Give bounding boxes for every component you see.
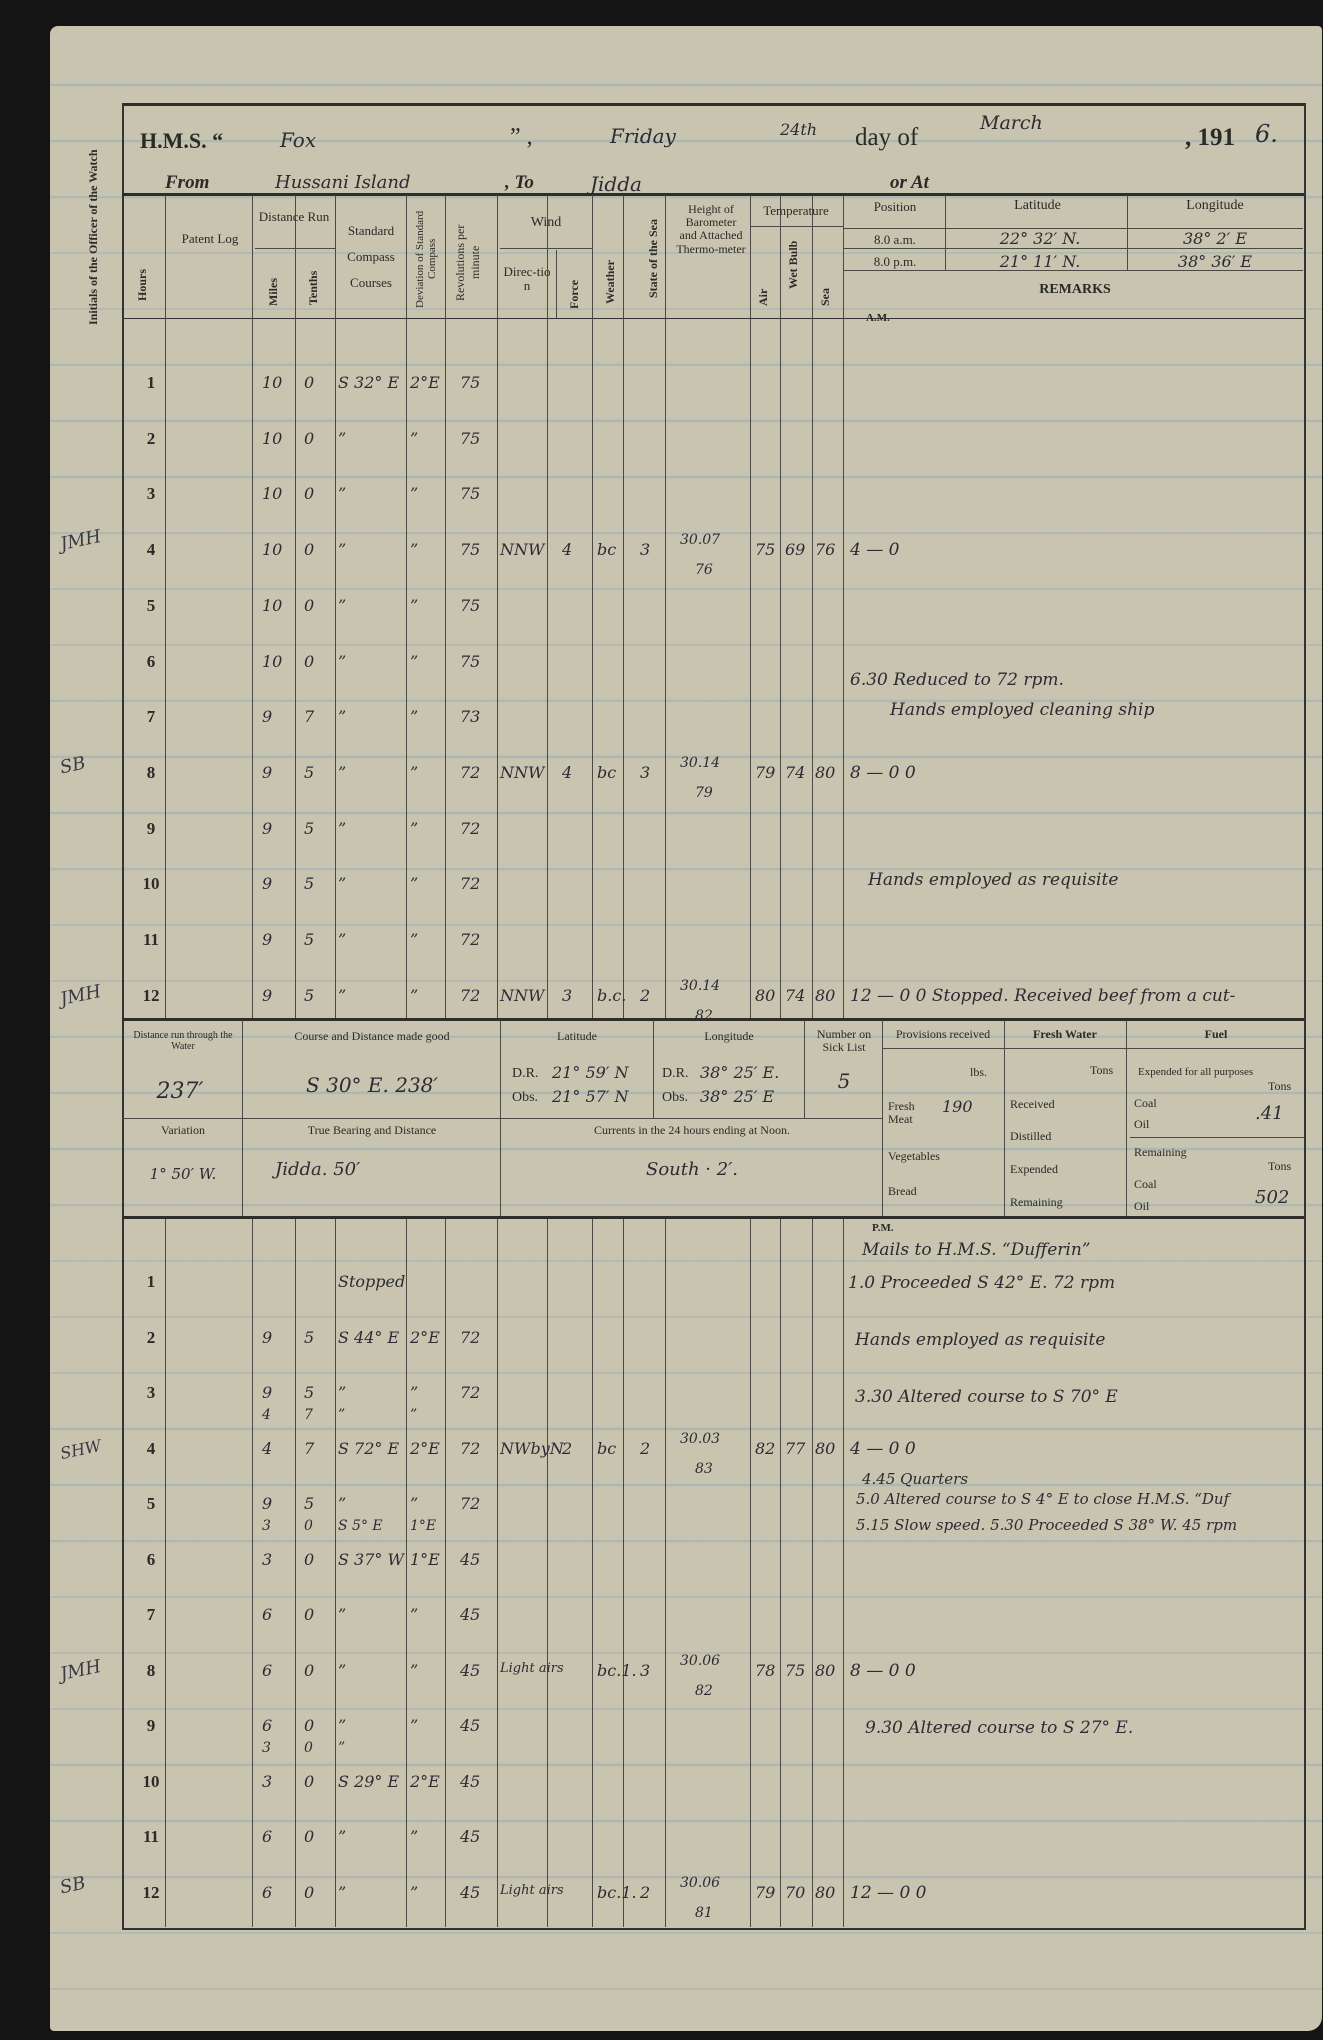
- col-force: Force: [567, 275, 582, 313]
- oil-remaining-label: Oil: [1134, 1200, 1149, 1213]
- am-row-sea-state: 2: [640, 986, 650, 1005]
- am-row-sea: 80: [815, 763, 835, 782]
- am-row-baro: 30.14: [680, 755, 720, 771]
- pm-row-wet: 70: [785, 1883, 805, 1902]
- am-row-dev: ”: [410, 596, 418, 615]
- pm-row-air: 79: [755, 1883, 775, 1902]
- pm-row-sub-dev: ”: [410, 1407, 417, 1423]
- col-hours: Hours: [135, 260, 150, 310]
- pm-row-dev: ”: [410, 1494, 418, 1513]
- pm-row-dev: ”: [410, 1716, 418, 1735]
- am-row-rev: 72: [460, 874, 480, 893]
- pm-row-rev: 72: [460, 1439, 480, 1458]
- pm-row-force: 2: [562, 1439, 572, 1458]
- am-row-rev: 75: [460, 652, 480, 671]
- fuel-remaining-tons-label: Tons: [1268, 1160, 1291, 1173]
- column-rule: [445, 1219, 446, 1927]
- column-rule: [843, 195, 844, 1018]
- header-bottom-rule: [122, 318, 1304, 319]
- pm-row-hour: 7: [136, 1605, 166, 1625]
- column-rule: [592, 195, 593, 1018]
- pm-row-miles: 6: [262, 1661, 272, 1680]
- am-row-dev: ”: [410, 763, 418, 782]
- pm-note: Mails to H.M.S. “Dufferin”: [862, 1240, 1090, 1260]
- pm-row-miles: 6: [262, 1827, 272, 1846]
- col-compass-courses: Standard Compass Courses: [338, 218, 404, 296]
- pm-row-dev: ”: [410, 1661, 418, 1680]
- column-rule: [335, 1219, 336, 1927]
- am-row-hour: 5: [136, 596, 166, 616]
- pm-row-wet: 77: [785, 1439, 805, 1458]
- water-remaining-label: Remaining: [1010, 1196, 1063, 1209]
- pm-row-sub-tenths: 0: [304, 1740, 313, 1756]
- am-row-air: 75: [755, 540, 775, 559]
- am-row-sea: 76: [815, 540, 835, 559]
- pm-row-dev: 2°E: [410, 1772, 440, 1791]
- col-weather: Weather: [603, 255, 618, 310]
- am-row-rev: 72: [460, 986, 480, 1005]
- pm-row-sea-state: 3: [640, 1661, 650, 1680]
- am-row-dev: 2°E: [410, 373, 440, 392]
- pm-row-rev: 45: [460, 1772, 480, 1791]
- pm-row-tenths: 0: [304, 1550, 314, 1569]
- column-rule: [665, 1219, 666, 1927]
- am-row-rev: 73: [460, 707, 480, 726]
- column-rule: [843, 1219, 844, 1927]
- pm-row-rev: 45: [460, 1550, 480, 1569]
- am-row-wet: 69: [785, 540, 805, 559]
- am-row-miles: 9: [262, 707, 272, 726]
- water-tons-label: Tons: [1090, 1064, 1113, 1077]
- pm-row-tenths: 7: [304, 1439, 314, 1458]
- column-rule: [547, 1219, 548, 1927]
- col-distance-run: Distance Run: [258, 210, 330, 224]
- am-row-rev: 75: [460, 484, 480, 503]
- longitude-label: Longitude: [1130, 198, 1300, 213]
- pm-row-tenths: 0: [304, 1772, 314, 1791]
- currents-value: South · 2′.: [503, 1160, 881, 1180]
- pm-row-tenths: 0: [304, 1883, 314, 1902]
- col-wind: Wind: [500, 215, 592, 230]
- pm-note: 5.15 Slow speed. 5.30 Proceeded S 38° W.…: [856, 1516, 1237, 1534]
- pm-row-sea: 80: [815, 1439, 835, 1458]
- pm-row-hour: 11: [136, 1827, 166, 1847]
- column-rule: [445, 195, 446, 1018]
- am-row-course: ”: [338, 540, 346, 559]
- am-row-thermo: 79: [695, 785, 713, 801]
- pm-row-remark: 8 — 0 0: [850, 1661, 916, 1681]
- pm-row-thermo: 82: [695, 1683, 713, 1699]
- pm-row-sub-miles: 3: [262, 1740, 271, 1756]
- am-row-dev: ”: [410, 986, 418, 1005]
- col-temperature: Temperature: [750, 204, 842, 218]
- position-row-rule: [843, 248, 1303, 249]
- noon-latitude-label: Latitude: [503, 1030, 651, 1043]
- am-row-dev: ”: [410, 429, 418, 448]
- pm-row-rev: 45: [460, 1716, 480, 1735]
- am-row-weather: bc: [597, 540, 616, 559]
- sick-list-value: 5: [806, 1070, 882, 1092]
- am-row-course: ”: [338, 763, 346, 782]
- pm-row-course: ”: [338, 1605, 346, 1624]
- am-row-hour: 7: [136, 707, 166, 727]
- pm-row-remark: 12 — 0 0: [850, 1883, 926, 1903]
- lon-obs-value: 38° 25′ E: [700, 1088, 774, 1106]
- col-air: Air: [756, 285, 771, 310]
- am-row-wind-dir: NNW: [500, 986, 544, 1005]
- pm-row-tenths: 5: [304, 1494, 314, 1513]
- am-row-sea-state: 3: [640, 763, 650, 782]
- am-row-miles: 10: [262, 484, 282, 503]
- am-row-hour: 6: [136, 652, 166, 672]
- pm-row-miles: 3: [262, 1550, 272, 1569]
- col-direction: Direc-tion: [503, 265, 551, 294]
- col-state-sea: State of the Sea: [646, 205, 661, 313]
- am-row-miles: 10: [262, 540, 282, 559]
- am-row-course: ”: [338, 930, 346, 949]
- am-row-course: ”: [338, 707, 346, 726]
- pm-row-course: ”: [338, 1661, 346, 1680]
- col-barometer: Height of Barometer and Attached Thermo-…: [676, 203, 746, 256]
- am-row-dev: ”: [410, 540, 418, 559]
- noon-col-rule: [882, 1020, 883, 1216]
- pm-row-course: S 29° E: [338, 1772, 399, 1791]
- pm-row-miles: 9: [262, 1328, 272, 1347]
- column-rule: [295, 195, 296, 1018]
- pm-row-miles: 6: [262, 1883, 272, 1902]
- fuel-tons-label: Tons: [1268, 1080, 1291, 1093]
- am-row-tenths: 5: [304, 986, 314, 1005]
- pm-row-hour: 4: [136, 1439, 166, 1459]
- pm-row-rev: 72: [460, 1383, 480, 1402]
- coal-remaining-label: Coal: [1134, 1178, 1157, 1191]
- am-row-force: 3: [562, 986, 572, 1005]
- initials-header: Initials of the Officer of the Watch: [86, 205, 101, 325]
- column-rule: [497, 1219, 498, 1927]
- pm-row-thermo: 83: [695, 1461, 713, 1477]
- pm-row-course: ”: [338, 1883, 346, 1902]
- column-rule: [750, 1219, 751, 1927]
- column-rule: [592, 1219, 593, 1927]
- pm-row-sub-tenths: 0: [304, 1518, 313, 1534]
- position-lon-pm: 38° 36′ E: [1135, 253, 1295, 271]
- pm-label: P.M.: [872, 1222, 894, 1234]
- course-made-good-value: S 30° E. 238′: [245, 1074, 499, 1096]
- noon-mid-rule: [122, 1118, 882, 1119]
- noon-sub-rule: [1130, 1137, 1304, 1138]
- pm-row-course: Stopped: [338, 1272, 405, 1291]
- position-time-pm: 8.0 p.m.: [850, 255, 940, 269]
- pm-row-tenths: 0: [304, 1605, 314, 1624]
- am-row-wind-dir: NNW: [500, 763, 544, 782]
- noon-col-rule: [500, 1020, 501, 1216]
- am-row-dev: ”: [410, 484, 418, 503]
- distance-run-label: Distance run through the Water: [126, 1030, 240, 1052]
- pm-row-thermo: 81: [695, 1905, 713, 1921]
- pm-row-wind-dir: NWbyN: [500, 1439, 564, 1458]
- am-row-course: ”: [338, 596, 346, 615]
- column-rule: [335, 195, 336, 1018]
- pm-row-hour: 1: [136, 1272, 166, 1292]
- pm-row-rev: 45: [460, 1827, 480, 1846]
- am-row-course: ”: [338, 874, 346, 893]
- am-row-miles: 9: [262, 986, 272, 1005]
- am-row-tenths: 0: [304, 540, 314, 559]
- noon-sub-rule: [882, 1048, 1304, 1049]
- pm-row-baro: 30.03: [680, 1431, 720, 1447]
- pm-row-hour: 6: [136, 1550, 166, 1570]
- column-rule: [547, 195, 548, 1018]
- am-row-tenths: 0: [304, 373, 314, 392]
- column-rule: [252, 1219, 253, 1927]
- pm-row-sub-course: ”: [338, 1740, 345, 1756]
- pm-row-sub-tenths: 7: [304, 1407, 313, 1423]
- noon-col-rule: [804, 1020, 805, 1118]
- pm-note: Hands employed as requisite: [855, 1330, 1105, 1350]
- am-row-rev: 75: [460, 540, 480, 559]
- variation-label: Variation: [126, 1124, 240, 1137]
- pm-row-rev: 72: [460, 1328, 480, 1347]
- water-distilled-label: Distilled: [1010, 1130, 1051, 1143]
- currents-label: Currents in the 24 hours ending at Noon.: [503, 1124, 881, 1137]
- column-rule: [406, 195, 407, 1018]
- am-row-air: 79: [755, 763, 775, 782]
- am-row-thermo: 76: [695, 562, 713, 578]
- col-revolutions: Revolutions per minute: [453, 215, 487, 310]
- column-rule: [252, 195, 253, 1018]
- bread-label: Bread: [888, 1185, 917, 1198]
- pm-row-dev: 2°E: [410, 1328, 440, 1347]
- am-row-miles: 10: [262, 652, 282, 671]
- col-deviation: Deviation of Standard Compass: [414, 205, 440, 313]
- course-made-good-label: Course and Distance made good: [245, 1030, 499, 1043]
- pm-row-miles: 4: [262, 1439, 272, 1458]
- coal-expended-value: .41: [1255, 1104, 1284, 1124]
- pm-row-miles: 9: [262, 1383, 272, 1402]
- sick-list-label: Number on Sick List: [806, 1028, 882, 1054]
- pm-row-course: ”: [338, 1383, 346, 1402]
- col-tenths: Tenths: [306, 265, 321, 310]
- pm-row-sea: 80: [815, 1661, 835, 1680]
- position-lon-am: 38° 2′ E: [1135, 230, 1295, 248]
- am-row-course: S 32° E: [338, 373, 399, 392]
- am-row-tenths: 0: [304, 652, 314, 671]
- variation-value: 1° 50′ W.: [126, 1166, 240, 1183]
- pm-row-sub-course: S 5° E: [338, 1518, 383, 1534]
- pm-row-rev: 45: [460, 1661, 480, 1680]
- am-label: A.M.: [866, 312, 890, 324]
- pm-row-hour: 10: [136, 1772, 166, 1792]
- am-row-miles: 10: [262, 429, 282, 448]
- position-lat-pm: 21° 11′ N.: [955, 253, 1125, 271]
- am-row-rev: 75: [460, 429, 480, 448]
- pm-row-dev: ”: [410, 1883, 418, 1902]
- pm-row-miles: 9: [262, 1494, 272, 1513]
- noon-longitude-label: Longitude: [656, 1030, 802, 1043]
- pm-row-weather: bc: [597, 1439, 616, 1458]
- am-row-baro: 30.14: [680, 978, 720, 994]
- distance-divider: [255, 248, 335, 249]
- column-rule: [295, 1219, 296, 1927]
- true-bearing-label: True Bearing and Distance: [245, 1124, 499, 1137]
- am-row-weather: b.c.: [597, 986, 626, 1005]
- pm-row-tenths: 0: [304, 1716, 314, 1735]
- water-received-label: Received: [1010, 1098, 1055, 1111]
- am-row-course: ”: [338, 484, 346, 503]
- column-rule: [497, 195, 498, 1018]
- provisions-label: Provisions received: [884, 1028, 1002, 1041]
- am-row-tenths: 5: [304, 930, 314, 949]
- fresh-meat-value: 190: [942, 1098, 973, 1116]
- am-row-weather: bc: [597, 763, 616, 782]
- pm-row-sub-course: ”: [338, 1407, 345, 1423]
- pm-row-air: 82: [755, 1439, 775, 1458]
- pm-row-tenths: 5: [304, 1383, 314, 1402]
- pm-row-sub-miles: 3: [262, 1518, 271, 1534]
- column-rule: [812, 195, 813, 1018]
- am-note: Hands employed as requisite: [868, 870, 1118, 890]
- position-lat-am: 22° 32′ N.: [955, 230, 1125, 248]
- pm-row-dev: ”: [410, 1605, 418, 1624]
- am-note: Hands employed cleaning ship: [890, 700, 1154, 720]
- fresh-meat-label: Fresh Meat: [888, 1100, 924, 1126]
- column-rule: [623, 195, 624, 1018]
- am-row-remark: 8 — 0 0: [850, 763, 916, 783]
- pm-row-remark: 4 — 0 0: [850, 1439, 916, 1459]
- am-row-dev: ”: [410, 707, 418, 726]
- am-row-miles: 10: [262, 596, 282, 615]
- am-row-miles: 9: [262, 874, 272, 893]
- am-row-hour: 1: [136, 373, 166, 393]
- am-row-sea: 80: [815, 986, 835, 1005]
- am-row-tenths: 5: [304, 874, 314, 893]
- water-expended-label: Expended: [1010, 1163, 1058, 1176]
- pm-row-miles: 6: [262, 1605, 272, 1624]
- pm-row-sea: 80: [815, 1883, 835, 1902]
- pm-row-sub-miles: 4: [262, 1407, 271, 1423]
- column-rule: [556, 250, 557, 318]
- pm-row-wet: 75: [785, 1661, 805, 1680]
- pm-note: 9.30 Altered course to S 27° E.: [865, 1718, 1133, 1738]
- lon-dr-label: D.R.: [662, 1066, 688, 1081]
- pm-row-sub-dev: 1°E: [410, 1518, 436, 1534]
- column-rule: [623, 1219, 624, 1927]
- am-row-dev: ”: [410, 652, 418, 671]
- am-row-air: 80: [755, 986, 775, 1005]
- am-row-baro: 30.07: [680, 532, 720, 548]
- am-row-miles: 10: [262, 373, 282, 392]
- am-row-dev: ”: [410, 930, 418, 949]
- am-row-tenths: 0: [304, 484, 314, 503]
- wind-divider: [500, 248, 592, 249]
- pm-row-dev: ”: [410, 1827, 418, 1846]
- am-row-hour: 9: [136, 819, 166, 839]
- am-row-force: 4: [562, 540, 572, 559]
- pm-note: 5.0 Altered course to S 4° E to close H.…: [856, 1490, 1229, 1508]
- pm-note: 1.0 Proceeded S 42° E. 72 rpm: [848, 1273, 1115, 1293]
- pm-row-baro: 30.06: [680, 1653, 720, 1669]
- am-row-hour: 4: [136, 540, 166, 560]
- noon-col-rule: [242, 1020, 243, 1216]
- pm-row-tenths: 0: [304, 1661, 314, 1680]
- latitude-label: Latitude: [950, 198, 1125, 213]
- pm-row-course: ”: [338, 1827, 346, 1846]
- lbs-label: lbs.: [970, 1066, 987, 1079]
- pm-row-course: S 72° E: [338, 1439, 399, 1458]
- pm-row-wind-dir: Light airs: [500, 1883, 564, 1898]
- pm-row-rev: 72: [460, 1494, 480, 1513]
- pm-row-dev: 1°E: [410, 1550, 440, 1569]
- pm-row-rev: 45: [460, 1605, 480, 1624]
- am-row-dev: ”: [410, 819, 418, 838]
- am-row-tenths: 0: [304, 596, 314, 615]
- pm-row-hour: 12: [136, 1883, 166, 1903]
- col-patent-log: Patent Log: [170, 232, 250, 246]
- temp-divider: [750, 226, 843, 227]
- pm-row-hour: 2: [136, 1328, 166, 1348]
- column-rule: [165, 1219, 166, 1927]
- am-row-wet: 74: [785, 986, 805, 1005]
- position-col-rule: [945, 195, 946, 270]
- true-bearing-value: Jidda. 50′: [275, 1160, 360, 1180]
- am-row-miles: 9: [262, 763, 272, 782]
- noon-col-rule: [1126, 1020, 1127, 1216]
- fuel-remaining-label: Remaining: [1134, 1146, 1187, 1159]
- pm-row-hour: 8: [136, 1661, 166, 1681]
- am-row-rev: 72: [460, 763, 480, 782]
- am-row-course: ”: [338, 819, 346, 838]
- am-row-thermo: 82: [695, 1008, 713, 1024]
- am-row-remark: 12 — 0 0 Stopped. Received beef from a c…: [850, 986, 1235, 1006]
- pm-row-hour: 5: [136, 1494, 166, 1514]
- position-time-am: 8.0 a.m.: [850, 233, 940, 247]
- am-row-force: 4: [562, 763, 572, 782]
- coal-expended-label: Coal: [1134, 1097, 1157, 1110]
- column-rule: [780, 195, 781, 1018]
- pm-row-course: S 37° W: [338, 1550, 404, 1569]
- am-row-tenths: 0: [304, 429, 314, 448]
- pm-note: 4.45 Quarters: [862, 1470, 968, 1488]
- am-row-miles: 9: [262, 930, 272, 949]
- am-row-course: ”: [338, 986, 346, 1005]
- col-wet-bulb: Wet Bulb: [786, 235, 801, 295]
- pm-row-weather: bc.1.: [597, 1883, 637, 1902]
- pm-row-hour: 9: [136, 1716, 166, 1736]
- noon-col-rule: [1004, 1020, 1005, 1216]
- am-row-dev: ”: [410, 874, 418, 893]
- column-rule: [406, 1219, 407, 1927]
- column-rule: [665, 195, 666, 1018]
- am-row-hour: 2: [136, 429, 166, 449]
- am-row-tenths: 5: [304, 763, 314, 782]
- pm-row-air: 78: [755, 1661, 775, 1680]
- fuel-expended-label: Expended for all purposes: [1138, 1066, 1253, 1078]
- pm-row-wind-dir: Light airs: [500, 1661, 564, 1676]
- am-row-hour: 3: [136, 484, 166, 504]
- lat-obs-value: 21° 57′ N: [552, 1088, 629, 1106]
- am-row-hour: 12: [136, 986, 166, 1006]
- pm-note: 3.30 Altered course to S 70° E: [855, 1387, 1118, 1407]
- pm-row-sea-state: 2: [640, 1883, 650, 1902]
- am-row-wind-dir: NNW: [500, 540, 544, 559]
- column-rule: [750, 195, 751, 1018]
- vegetables-label: Vegetables: [888, 1150, 940, 1163]
- noon-col-rule: [653, 1020, 654, 1118]
- oil-remaining-value: 502: [1255, 1188, 1289, 1208]
- pm-row-weather: bc.1.: [597, 1661, 637, 1680]
- lon-dr-value: 38° 25′ E.: [700, 1064, 779, 1082]
- pm-row-tenths: 5: [304, 1328, 314, 1347]
